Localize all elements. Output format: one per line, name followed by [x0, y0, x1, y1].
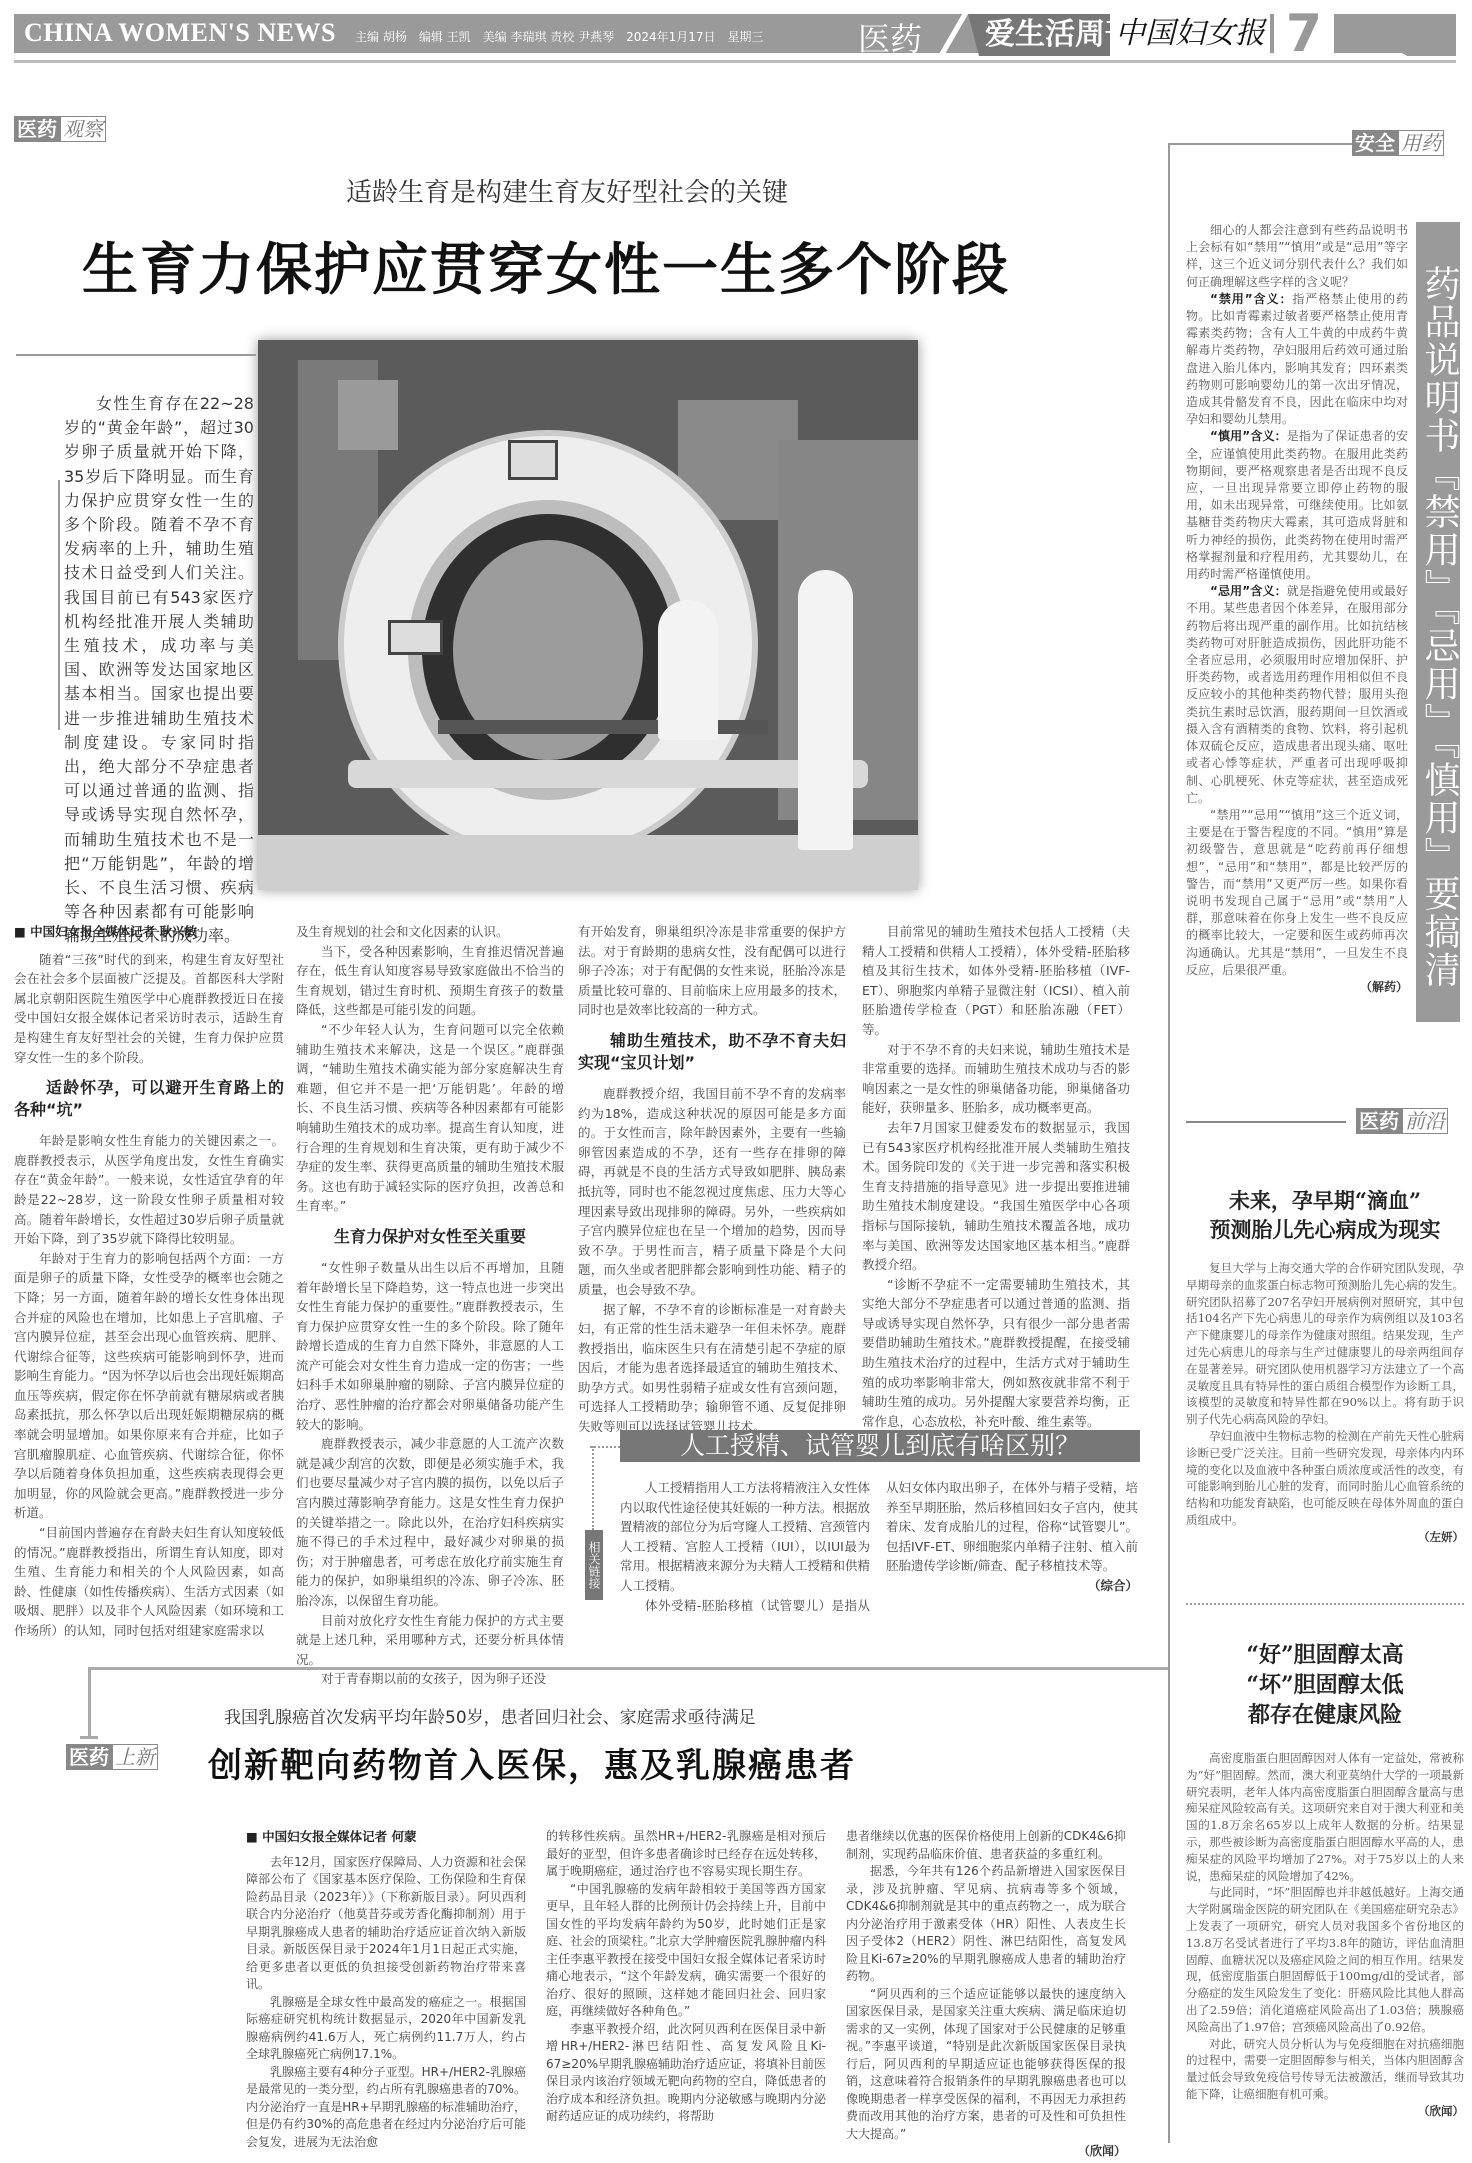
- source-credit: （综合）: [886, 1576, 1138, 1596]
- title-line: 都存在健康风险: [1186, 1700, 1464, 1730]
- related-dotted-rule: [592, 1446, 594, 1530]
- main-col-3: 有开始发育，卵巢组织冷冻是非常重要的保护方法。对于育龄期的患病女性，没有配偶可以…: [578, 922, 846, 1437]
- paragraph: 人工授精指用人工方法将精液注入女性体内以取代性途径使其妊娠的一种方法。根据放置精…: [620, 1478, 870, 1596]
- paragraph: 据悉，今年共有126个药品新增进入国家医保目录，涉及抗肿瘤、罕见病、抗病毒等多个…: [846, 1863, 1126, 1986]
- main-subtitle: 适龄生育是构建生育友好型社会的关键: [346, 172, 788, 209]
- section-heading: 适龄怀孕，可以避开生育路上的各种“坑”: [14, 1077, 284, 1121]
- paragraph: 目前对放化疗女性生育能力保护的方式主要就是上述几种，采用哪种方式，还要分析具体情…: [296, 1611, 564, 1670]
- paragraph: 目前常见的辅助生殖技术包括人工授精（夫精人工授精和供精人工授精），体外受精-胚胎…: [862, 922, 1130, 1040]
- paragraph: “诊断不孕症不一定需要辅助生殖技术，其实绝大部分不孕症患者可以通过普通的监测、指…: [862, 1275, 1130, 1432]
- paragraph: 鹿群教授介绍，我国目前不孕不育的发病率约为18%，造成这种状况的原因可能是多方面…: [578, 1084, 846, 1300]
- source-credit: （欣闻）: [846, 2143, 1126, 2161]
- paragraph: 孕妇血液中生物标志物的检测在产前先天性心脏病诊断已受广泛关注。目前一些研究发现，…: [1186, 1428, 1464, 1529]
- column-tag-observation: 医药 观察: [14, 116, 106, 142]
- term-text: 指严格禁止使用的药物。比如青霉素过敏者要严格禁止使用青霉素类药物；含有人工牛黄的…: [1186, 292, 1408, 426]
- tag-part-a: 安全: [1352, 130, 1398, 156]
- paragraph: 对于青春期以前的女孩子，因为卵子还没: [296, 1669, 564, 1689]
- tag-part-a: 医药: [66, 1744, 112, 1770]
- masthead-section: 医药: [858, 14, 922, 60]
- bottom-title: 创新靶向药物首入医保，惠及乳腺癌患者: [208, 1738, 856, 1787]
- paragraph: 从妇女体内取出卵子，在体外与精子受精，培养至早期胚胎，然后移植回妇女子宫内，使其…: [886, 1478, 1138, 1576]
- section-rule: [88, 1667, 91, 1737]
- bottom-col-3: 患者继续以优惠的医保价格使用上创新的CDK4&6抑制剂，实现药品临床价值、患者获…: [846, 1828, 1126, 2161]
- paragraph: “中国乳腺癌的发病年龄相较于美国等西方国家更早，且年轻人群的比例预计仍会持续上升…: [546, 1881, 826, 2021]
- paragraph: 与此同时，“坏”胆固醇也并非越低越好。上海交通大学附属瑞金医院的研究团队在《美国…: [1186, 1884, 1464, 2035]
- intro-rule: [16, 354, 256, 356]
- tag-part-a: 医药: [14, 116, 60, 142]
- paragraph: 及生育规划的社会和文化因素的认识。: [296, 922, 564, 942]
- paragraph: 年龄是影响女性生育能力的关键因素之一。鹿群教授表示，从医学角度出发，女性生育确实…: [14, 1131, 284, 1249]
- main-col-4: 目前常见的辅助生殖技术包括人工授精（夫精人工授精和供精人工授精），体外受精-胚胎…: [862, 922, 1130, 1431]
- paragraph: 体外受精-胚胎移植（试管婴儿）是指从妇女体内取出卵子，在体外与精子受精，培养至早…: [620, 1596, 870, 1616]
- section-heading: 生育力保护对女性至关重要: [296, 1226, 564, 1248]
- paragraph: 李惠平教授介绍，此次阿贝西利在医保目录中新增HR+/HER2-淋巴结阳性、高复发…: [546, 2021, 826, 2126]
- cholesterol-title: “好”胆固醇太高 “坏”胆固醇太低 都存在健康风险: [1186, 1640, 1464, 1730]
- intro-text: 女性生育存在22~28岁的“黄金年龄”，超过30岁卵子质量就开始下降，35岁后下…: [64, 392, 254, 949]
- sidebar-drug-article: 细心的人都会注意到有些药品说明书上会标有如“禁用”“慎用”或是“忌用”等字样，这…: [1186, 222, 1408, 996]
- title-line: 预测胎儿先心病成为现实: [1186, 1215, 1464, 1244]
- paragraph: 患者继续以优惠的医保价格使用上创新的CDK4&6抑制剂，实现药品临床价值、患者获…: [846, 1828, 1126, 1863]
- paragraph: “目前国内普遍存在育龄夫妇生育认知度较低的情况。”鹿群教授指出，所谓生育认知度，…: [14, 1523, 284, 1641]
- term-label: “慎用”含义：: [1210, 429, 1287, 443]
- source-credit: （欣闻）: [1186, 2103, 1464, 2120]
- tag-part-b: 用药: [1398, 130, 1444, 156]
- section-rule: [80, 1736, 98, 1739]
- paragraph: 去年12月，国家医疗保障局、人力资源和社会保障部公布了《国家基本医疗保险、工伤保…: [246, 1854, 526, 1994]
- paragraph: 细心的人都会注意到有些药品说明书上会标有如“禁用”“慎用”或是“忌用”等字样，这…: [1186, 222, 1408, 291]
- main-col-2: 及生育规划的社会和文化因素的认识。 当下，受各种因素影响，生育推迟情况普遍存在，…: [296, 922, 564, 1689]
- main-col-1: 中国妇女报全媒体记者 耿兴敏 随着“三孩”时代的到来，构建生育友好型社会在社会多…: [14, 922, 284, 1641]
- masthead-credits: 主编 胡杨 编辑 王凯 美编 李瑞琪 责校 尹燕琴 2024年1月17日 星期三: [355, 28, 764, 45]
- title-line: “好”胆固醇太高: [1186, 1640, 1464, 1670]
- source-credit: （左妍）: [1186, 1529, 1464, 1546]
- frontier-article: 复旦大学与上海交通大学的合作研究团队发现，孕早期母亲的血浆蛋白标志物可预测胎儿先…: [1186, 1260, 1464, 1546]
- paragraph: “慎用”含义：是指为了保证患者的安全，应谨慎使用此类药物。在服用此类药物期间，要…: [1186, 428, 1408, 583]
- related-title: 人工授精、试管婴儿到底有啥区别？: [620, 1430, 1140, 1462]
- bottom-col-1: 中国妇女报全媒体记者 何蒙 去年12月，国家医疗保障局、人力资源和社会保障部公布…: [246, 1828, 526, 2151]
- section-rule: [88, 1667, 1168, 1670]
- paragraph: “禁用”含义：指严格禁止使用的药物。比如青霉素过敏者要严格禁止使用青霉素类药物；…: [1186, 291, 1408, 429]
- section-heading: 辅助生殖技术，助不孕不育夫妇实现“宝贝计划”: [578, 1030, 846, 1074]
- term-label: “禁用”含义：: [1210, 292, 1292, 306]
- masthead-english-title: CHINA WOMEN'S NEWS: [24, 18, 336, 48]
- title-line: “坏”胆固醇太低: [1186, 1670, 1464, 1700]
- frontier-title: 未来，孕早期“滴血” 预测胎儿先心病成为现实: [1186, 1186, 1464, 1244]
- column-tag-new: 医药 上新: [66, 1744, 158, 1770]
- paragraph: 复旦大学与上海交通大学的合作研究团队发现，孕早期母亲的血浆蛋白标志物可预测胎儿先…: [1186, 1260, 1464, 1428]
- byline: 中国妇女报全媒体记者 何蒙: [246, 1828, 526, 1846]
- tag-part-b: 前沿: [1402, 1108, 1448, 1134]
- masthead-rule: [14, 60, 1456, 63]
- paragraph: 据了解，不孕不育的诊断标准是一对育龄夫妇，有正常的性生活未避孕一年但未怀孕。鹿群…: [578, 1300, 846, 1437]
- sidebar-dotted-divider: [1186, 1603, 1464, 1605]
- paragraph: “忌用”含义：就是指避免使用或最好不用。某些患者因个体差异，在服用部分药物后将出…: [1186, 583, 1408, 807]
- tag-part-b: 观察: [60, 116, 106, 142]
- source-credit: （解药）: [1186, 979, 1408, 996]
- newspaper-logo: 中国妇女报: [1110, 8, 1270, 60]
- paragraph: “禁用”“忌用”“慎用”这三个近义词，主要是在于警告程度的不同。“慎用”算是初级…: [1186, 807, 1408, 979]
- paragraph: 当下，受各种因素影响，生育推迟情况普遍存在，低生育认知度容易导致家庭做出不恰当的…: [296, 942, 564, 1020]
- term-text: 是指为了保证患者的安全，应谨慎使用此类药物。在服用此类药物期间，要严格观察患者是…: [1186, 429, 1408, 581]
- bottom-col-2: 的转移性疾病。虽然HR+/HER2-乳腺癌是相对预后最好的亚型，但许多患者确诊时…: [546, 1828, 826, 2126]
- paragraph: 对此，研究人员分析认为与免疫细胞在对抗癌细胞的过程中，需要一定胆固醇参与相关，当…: [1186, 2036, 1464, 2103]
- paragraph: “不少年轻人认为，生育问题可以完全依赖辅助生殖技术来解决，这是一个误区。”鹿群强…: [296, 1020, 564, 1216]
- term-label: “忌用”含义：: [1210, 584, 1287, 598]
- paragraph: 高密度脂蛋白胆固醇因对人体有一定益处，常被称为“好”胆固醇。然而，澳大利亚莫纳什…: [1186, 1750, 1464, 1884]
- paragraph: 的转移性疾病。虽然HR+/HER2-乳腺癌是相对预后最好的亚型，但许多患者确诊时…: [546, 1828, 826, 1881]
- related-dotted-rule: [590, 1446, 620, 1448]
- term-text: 就是指避免使用或最好不用。某些患者因个体差异，在服用部分药物后将出现严重的副作用…: [1186, 584, 1408, 804]
- page-number: 7: [1274, 8, 1334, 60]
- tag-part-a: 医药: [1356, 1108, 1402, 1134]
- intro-arrow-line: [58, 480, 60, 730]
- sidebar-rule: [1168, 143, 1170, 2143]
- byline: 中国妇女报全媒体记者 耿兴敏: [14, 922, 284, 942]
- paragraph: 年龄对于生育力的影响包括两个方面：一方面是卵子的质量下降，女性受孕的概率也会随之…: [14, 1249, 284, 1523]
- title-line: 未来，孕早期“滴血”: [1186, 1186, 1464, 1215]
- related-label: 相关链接: [585, 1530, 603, 1600]
- column-tag-safe-drug: 安全 用药: [1352, 130, 1444, 156]
- paragraph: 有开始发育，卵巢组织冷冻是非常重要的保护方法。对于育龄期的患病女性，没有配偶可以…: [578, 922, 846, 1020]
- column-tag-frontier: 医药 前沿: [1356, 1108, 1448, 1134]
- paragraph: 去年7月国家卫健委发布的数据显示，我国已有543家医疗机构经批准开展人类辅助生殖…: [862, 1118, 1130, 1275]
- paragraph: 乳腺癌主要有4种分子亚型。HR+/HER2-乳腺癌是最常见的一类分型，约占所有乳…: [246, 2064, 526, 2152]
- paragraph: 随着“三孩”时代的到来，构建生育友好型社会在社会多个层面被广泛提及。首都医科大学…: [14, 950, 284, 1068]
- paragraph: “阿贝西利的三个适应证能够以最快的速度纳入国家医保目录，是国家关注重大疾病、满足…: [846, 1986, 1126, 2144]
- paragraph: 鹿群教授表示，减少非意愿的人工流产次数就是减少刮宫的次数，即便是必须实施手术，我…: [296, 1434, 564, 1610]
- main-title: 生育力保护应贯穿女性一生多个阶段: [82, 226, 1010, 306]
- bottom-subtitle: 我国乳腺癌首次发病平均年龄50岁，患者回归社会、家庭需求亟待满足: [224, 1703, 756, 1728]
- sidebar-rule: [1168, 143, 1354, 145]
- paragraph: 对于不孕不育的夫妇来说，辅助生殖技术是非常重要的选择。而辅助生殖技术成功与否的影…: [862, 1040, 1130, 1118]
- paragraph: “女性卵子数量从出生以后不再增加，且随着年龄增长呈下降趋势，这一特点也进一步突出…: [296, 1258, 564, 1434]
- tag-part-b: 上新: [112, 1744, 158, 1770]
- sidebar-rule: [1186, 1121, 1346, 1123]
- sidebar-vertical-title: 药品说明书『禁用』『忌用』『慎用』要搞清: [1416, 222, 1460, 1022]
- ivf-illustration: [258, 340, 918, 890]
- cholesterol-article: 高密度脂蛋白胆固醇因对人体有一定益处，常被称为“好”胆固醇。然而，澳大利亚莫纳什…: [1186, 1750, 1464, 2120]
- related-col-2: 从妇女体内取出卵子，在体外与精子受精，培养至早期胚胎，然后移植回妇女子宫内，使其…: [886, 1478, 1138, 1596]
- paragraph: 乳腺癌是全球女性中最高发的癌症之一。根据国际癌症研究机构统计数据显示，2020年…: [246, 1994, 526, 2064]
- related-col-1: 人工授精指用人工方法将精液注入女性体内以取代性途径使其妊娠的一种方法。根据放置精…: [620, 1478, 870, 1616]
